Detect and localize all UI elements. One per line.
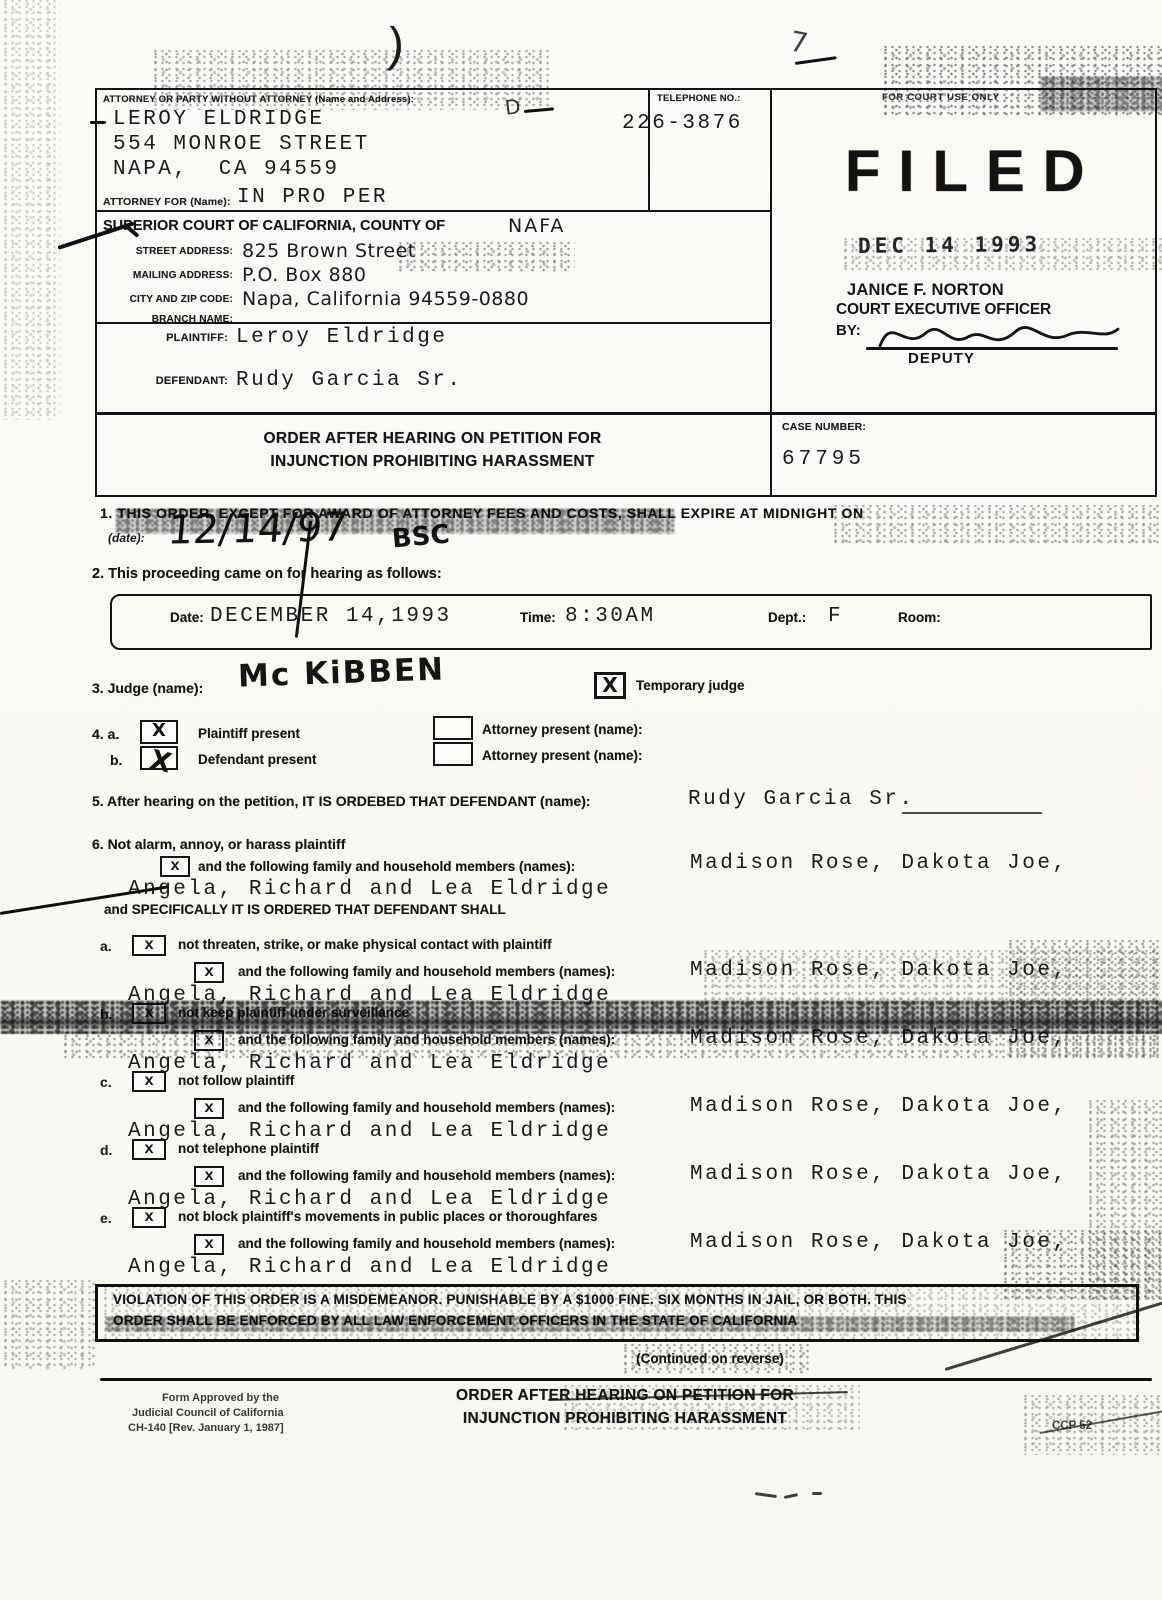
hearing-dept-label: Dept.: <box>768 610 806 625</box>
subitem-text: not telephone plaintiff <box>178 1141 319 1156</box>
subitem-x-mark: x <box>144 1141 154 1157</box>
item4a-attorney-checkbox <box>433 716 473 740</box>
court-use-label: FOR COURT USE ONLY <box>882 92 1000 103</box>
case-number-value: 67795 <box>782 448 865 471</box>
subitem-letter: c. <box>100 1074 112 1090</box>
attorney-for-label: ATTORNEY FOR (Name): <box>103 196 231 208</box>
subitem-text: not threaten, strike, or make physical c… <box>178 937 552 952</box>
item3-label: 3. Judge (name): <box>92 680 203 696</box>
item4b-number: b. <box>110 752 122 768</box>
family-checkbox: x <box>194 962 224 983</box>
family-label: and the following family and household m… <box>238 1100 615 1115</box>
plaintiff-name: Leroy Eldridge <box>236 326 447 349</box>
subitem-checkbox: x <box>132 1207 166 1228</box>
deputy-signature <box>862 308 1132 356</box>
mailing-value: P.O. Box 880 <box>242 264 366 286</box>
hearing-time-label: Time: <box>520 610 556 625</box>
item6-family-names-line1: Madison Rose, Dakota Joe, <box>690 852 1068 875</box>
form-approved-line2: Judicial Council of California <box>132 1407 284 1419</box>
subitem-x-mark: x <box>144 937 154 953</box>
divider-title <box>95 412 1157 415</box>
scan-noise <box>0 1018 1162 1026</box>
street-value: 825 Brown Street <box>242 240 416 262</box>
item4b-attorney-checkbox <box>433 742 473 766</box>
family-checkbox: x <box>194 1030 224 1051</box>
family-checkbox: x <box>194 1098 224 1119</box>
order-subitem: c. x not follow plaintiff x and the foll… <box>92 1070 1154 1138</box>
plaintiff-label: PLAINTIFF: <box>98 332 228 344</box>
violation-notice-line2: ORDER SHALL BE ENFORCED BY ALL LAW ENFOR… <box>113 1313 797 1328</box>
family-names-line1: Madison Rose, Dakota Joe, <box>690 1163 1068 1186</box>
item6-specifically-text: and SPECIFICALLY IT IS ORDERED THAT DEFE… <box>104 902 506 917</box>
item6-family-x-mark: x <box>170 858 180 874</box>
scan-noise <box>812 1492 822 1495</box>
city-value: Napa, California 94559-0880 <box>242 288 529 310</box>
hearing-dept-value: F <box>828 605 843 628</box>
attorney-for-value: IN PRO PER <box>237 186 388 209</box>
subitem-checkbox: x <box>132 935 166 956</box>
item1-date-label: (date): <box>108 531 145 545</box>
item4a-attorney-label: Attorney present (name): <box>482 722 643 737</box>
family-label: and the following family and household m… <box>238 1236 615 1251</box>
hearing-time-value: 8:30AM <box>565 605 656 628</box>
branch-label: BRANCH NAME: <box>103 314 233 325</box>
filed-date-stamp: DEC 14 1993 <box>858 232 1041 258</box>
item4b-x-mark: X <box>147 746 174 777</box>
item4a-checkbox: X <box>140 720 178 744</box>
temporary-judge-checkbox: X <box>594 672 626 699</box>
item1-date-handwritten: 12/14/97 <box>166 504 350 553</box>
continued-note: (Continued on reverse) <box>560 1351 860 1366</box>
officer-name: JANICE F. NORTON <box>847 281 1004 300</box>
family-label: and the following family and household m… <box>238 1168 615 1183</box>
footer-divider <box>100 1378 1152 1381</box>
item4a-number: 4. a. <box>92 726 119 742</box>
family-label: and the following family and household m… <box>238 964 615 979</box>
scan-noise <box>0 0 60 420</box>
subitem-text: not follow plaintiff <box>178 1073 294 1088</box>
family-x-mark: x <box>204 1032 214 1048</box>
filed-stamp: FILED <box>845 138 1103 205</box>
city-label: CITY AND ZIP CODE: <box>103 294 233 305</box>
by-label: BY: <box>836 322 861 339</box>
item6-family-checkbox: x <box>160 856 190 877</box>
scan-noise <box>90 121 106 124</box>
item4b-attorney-label: Attorney present (name): <box>482 748 643 763</box>
deputy-label: DEPUTY <box>908 350 975 367</box>
county-value: NAFA <box>508 215 565 237</box>
order-subitem: d. x not telephone plaintiff x and the f… <box>92 1138 1154 1206</box>
family-names-line1: Madison Rose, Dakota Joe, <box>690 959 1068 982</box>
item5-defendant-name: Rudy Garcia Sr. <box>688 788 915 811</box>
attorney-address-line2: NAPA, CA 94559 <box>113 158 340 181</box>
defendant-name: Rudy Garcia Sr. <box>236 369 463 392</box>
family-label: and the following family and household m… <box>238 1032 615 1047</box>
judge-name-handwritten: Mc KiBBEN <box>237 651 445 694</box>
scanned-document-page: ATTORNEY OR PARTY WITHOUT ATTORNEY (Name… <box>0 0 1162 1600</box>
item2-text: 2. This proceeding came on for hearing a… <box>92 566 442 582</box>
subitem-checkbox: x <box>132 1071 166 1092</box>
footer-title-line2: INJUNCTION PROHIBITING HARASSMENT <box>415 1410 835 1428</box>
subitem-letter: e. <box>100 1210 112 1226</box>
family-x-mark: x <box>204 964 214 980</box>
order-subitem: e. x not block plaintiff's movements in … <box>92 1206 1154 1274</box>
form-title-line1: ORDER AFTER HEARING ON PETITION FOR <box>95 430 770 448</box>
paren-mark: ) <box>386 18 406 74</box>
divider-attorney-for <box>95 210 770 212</box>
family-names-line1: Madison Rose, Dakota Joe, <box>690 1095 1068 1118</box>
item1-date-note: BSC <box>391 520 451 555</box>
temporary-judge-label: Temporary judge <box>636 678 745 693</box>
subitem-text: not block plaintiff's movements in publi… <box>178 1209 598 1224</box>
item4b-checkbox: X <box>140 746 178 770</box>
attorney-name: LEROY ELDRIDGE <box>113 108 324 131</box>
stray-digit-mark: 7 <box>787 25 810 61</box>
item5-trailing-line <box>902 812 1042 814</box>
subitem-checkbox: x <box>132 1139 166 1160</box>
item4b-label: Defendant present <box>198 752 317 767</box>
telephone-number: 226-3876 <box>622 112 743 135</box>
order-subitem: b. x not keep plaintiff under surveillan… <box>92 1002 1154 1070</box>
order-subitems: a. x not threaten, strike, or make physi… <box>92 934 1154 1298</box>
subitem-x-mark: x <box>144 1209 154 1225</box>
violation-notice-line1: VIOLATION OF THIS ORDER IS A MISDEMEANOR… <box>113 1292 907 1307</box>
hearing-room-label: Room: <box>898 610 941 625</box>
attorney-address-line1: 554 MONROE STREET <box>113 133 370 156</box>
hearing-date-value: DECEMBER 14,1993 <box>210 605 452 628</box>
item4a-x-mark: X <box>152 722 166 740</box>
family-checkbox: x <box>194 1234 224 1255</box>
form-approved-line1: Form Approved by the <box>162 1392 279 1404</box>
item5-text: 5. After hearing on the petition, IT IS … <box>92 793 591 809</box>
subitem-x-mark: x <box>144 1073 154 1089</box>
scan-noise <box>830 505 1160 545</box>
case-number-label: CASE NUMBER: <box>782 421 866 433</box>
form-title-line2: INJUNCTION PROHIBITING HARASSMENT <box>95 453 770 471</box>
order-subitem: a. x not threaten, strike, or make physi… <box>92 934 1154 1002</box>
scan-noise <box>0 1280 95 1370</box>
subitem-letter: d. <box>100 1142 112 1158</box>
stray-letter-mark: D <box>504 94 522 119</box>
item6-family-names-line2: Angela, Richard and Lea Eldridge <box>128 878 611 901</box>
family-names-line1: Madison Rose, Dakota Joe, <box>690 1231 1068 1254</box>
scan-noise <box>755 1492 777 1498</box>
superior-court-label: SUPERIOR COURT OF CALIFORNIA, COUNTY OF <box>103 218 445 234</box>
family-x-mark: x <box>204 1236 214 1252</box>
mailing-label: MAILING ADDRESS: <box>103 270 233 281</box>
family-names-line2: Angela, Richard and Lea Eldridge <box>128 1256 611 1279</box>
family-x-mark: x <box>204 1100 214 1116</box>
defendant-label: DEFENDANT: <box>98 375 228 387</box>
street-label: STREET ADDRESS: <box>103 246 233 257</box>
attorney-label: ATTORNEY OR PARTY WITHOUT ATTORNEY (Name… <box>103 94 414 105</box>
family-names-line1: Madison Rose, Dakota Joe, <box>690 1027 1068 1050</box>
divider-court-use <box>770 88 772 497</box>
telephone-label: TELEPHONE NO.: <box>657 93 741 104</box>
temporary-judge-x-mark: X <box>602 675 617 695</box>
family-checkbox: x <box>194 1166 224 1187</box>
form-approved-line3: CH-140 [Rev. January 1, 1987] <box>128 1422 284 1434</box>
item4a-label: Plaintiff present <box>198 726 300 741</box>
family-x-mark: x <box>204 1168 214 1184</box>
scan-noise <box>784 1493 798 1498</box>
item6-family-label: and the following family and household m… <box>198 859 575 874</box>
subitem-letter: a. <box>100 938 112 954</box>
item6-heading: 6. Not alarm, annoy, or harass plaintiff <box>92 836 345 852</box>
hearing-date-label: Date: <box>170 610 204 625</box>
divider-telephone <box>648 88 650 210</box>
